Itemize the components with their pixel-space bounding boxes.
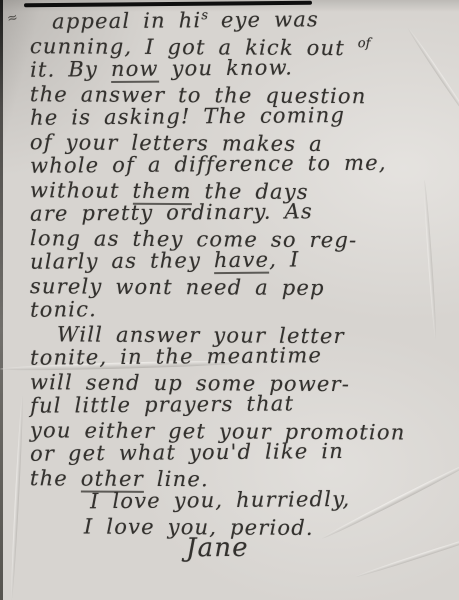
line-text: you know. — [159, 55, 294, 80]
letter-line-11: ularly as they have, I — [0, 242, 459, 270]
inserted-word: of — [358, 36, 371, 51]
letter-line-1: appeal in his eye was — [0, 2, 459, 30]
letter-line-13: tonic. — [0, 290, 459, 318]
line-text: I love you, hurriedly, — [90, 487, 350, 513]
letter-line-19: or get what you'd like in — [0, 434, 459, 462]
letter-line-5: he is asking! The coming — [0, 98, 459, 126]
letter-line-15: tonite, in the meantime — [0, 338, 459, 366]
letter-line-3: it. By now you know. — [0, 50, 459, 78]
signature: Jane — [0, 530, 459, 572]
letter-line-9: are pretty ordinary. As — [0, 194, 459, 222]
underlined-word: have — [214, 248, 269, 274]
line-text: eye was — [208, 7, 319, 32]
letter-line-7: whole of a difference to me, — [0, 146, 459, 174]
signature-text: Jane — [186, 533, 249, 564]
letter-line-21: I love you, hurriedly, — [0, 482, 459, 510]
scanned-letter-page: ≈ appeal in his eye was cunning, I got a… — [0, 0, 459, 600]
handwritten-letter-text: appeal in his eye was cunning, I got a k… — [0, 6, 459, 572]
line-text: , I — [269, 247, 299, 271]
letter-line-17: ful little prayers that — [0, 386, 459, 414]
